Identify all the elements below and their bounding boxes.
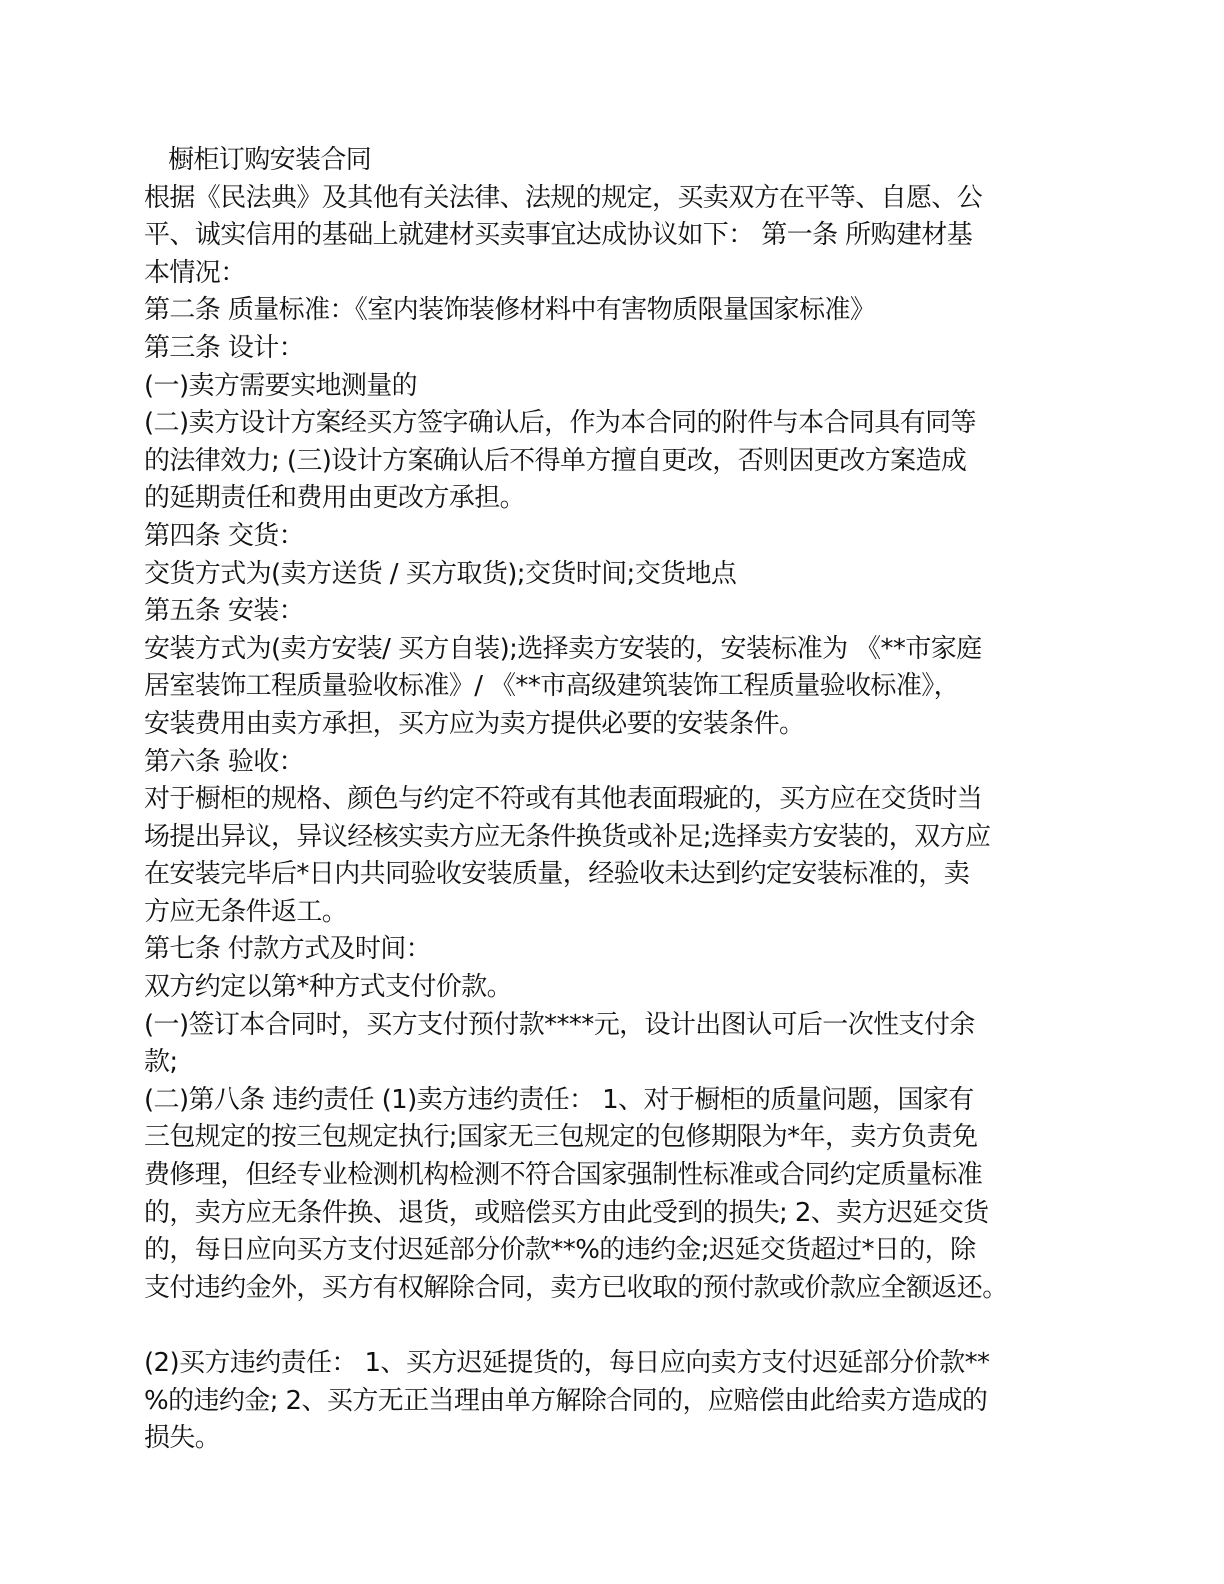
article-8-text: (二)第八条 违约责任 (1)卖方违约责任： 1、对于橱柜的质量问题，国家有	[144, 1082, 1084, 1120]
text-line: 的延期责任和费用由更改方承担。	[144, 480, 1084, 518]
document-page: 橱柜订购安装合同 根据《民法典》及其他有关法律、法规的规定，买卖双方在平等、自愿…	[144, 142, 1084, 1458]
article-4-heading: 第四条 交货：	[144, 518, 1084, 556]
document-title: 橱柜订购安装合同	[144, 142, 1084, 180]
text-line: 安装费用由卖方承担，买方应为卖方提供必要的安装条件。	[144, 706, 1084, 744]
text-line: 费修理，但经专业检测机构检测不符合国家强制性标准或合同约定质量标准	[144, 1157, 1084, 1195]
text-line: 本情况：	[144, 255, 1084, 293]
text-line: 在安装完毕后*日内共同验收安装质量，经验收未达到约定安装标准的，卖	[144, 856, 1084, 894]
text-line: 的，卖方应无条件换、退货，或赔偿买方由此受到的损失; 2、卖方迟延交货	[144, 1195, 1084, 1233]
text-line: 支付违约金外，买方有权解除合同，卖方已收取的预付款或价款应全额返还。	[144, 1270, 1084, 1308]
text-line: 安装方式为(卖方安装/ 买方自装);选择卖方安装的，安装标准为 《**市家庭	[144, 631, 1084, 669]
text-line: (一)签订本合同时，买方支付预付款****元，设计出图认可后一次性支付余	[144, 1007, 1084, 1045]
article-3-heading: 第三条 设计：	[144, 330, 1084, 368]
text-line: %的违约金; 2、买方无正当理由单方解除合同的，应赔偿由此给卖方造成的	[144, 1383, 1084, 1421]
text-line: 居室装饰工程质量验收标准》/ 《**市高级建筑装饰工程质量验收标准》，	[144, 668, 1084, 706]
paragraph-gap	[144, 1307, 1084, 1345]
text-line: 双方约定以第*种方式支付价款。	[144, 969, 1084, 1007]
text-line: (二)卖方设计方案经买方签字确认后，作为本合同的附件与本合同具有同等	[144, 405, 1084, 443]
article-7-heading: 第七条 付款方式及时间：	[144, 931, 1084, 969]
text-line: 的，每日应向买方支付迟延部分价款**%的违约金;迟延交货超过*日的，除	[144, 1232, 1084, 1270]
text-line: (一)卖方需要实地测量的	[144, 368, 1084, 406]
text-line: 损失。	[144, 1420, 1084, 1458]
buyer-liability-text: (2)买方违约责任： 1、买方迟延提货的，每日应向卖方支付迟延部分价款**	[144, 1345, 1084, 1383]
text-line: 对于橱柜的规格、颜色与约定不符或有其他表面瑕疵的，买方应在交货时当	[144, 781, 1084, 819]
text-line: 场提出异议，异议经核实卖方应无条件换货或补足;选择卖方安装的，双方应	[144, 819, 1084, 857]
text-line: 的法律效力; (三)设计方案确认后不得单方擅自更改，否则因更改方案造成	[144, 443, 1084, 481]
text-line: 三包规定的按三包规定执行;国家无三包规定的包修期限为*年，卖方负责免	[144, 1119, 1084, 1157]
text-line: 根据《民法典》及其他有关法律、法规的规定，买卖双方在平等、自愿、公	[144, 180, 1084, 218]
text-line: 方应无条件返工。	[144, 894, 1084, 932]
text-line: 款;	[144, 1044, 1084, 1082]
text-line: 交货方式为(卖方送货 / 买方取货);交货时间;交货地点	[144, 556, 1084, 594]
article-2-heading: 第二条 质量标准：《室内装饰装修材料中有害物质限量国家标准》	[144, 292, 1084, 330]
article-5-heading: 第五条 安装：	[144, 593, 1084, 631]
text-line: 平、诚实信用的基础上就建材买卖事宜达成协议如下： 第一条 所购建材基	[144, 217, 1084, 255]
article-6-heading: 第六条 验收：	[144, 744, 1084, 782]
